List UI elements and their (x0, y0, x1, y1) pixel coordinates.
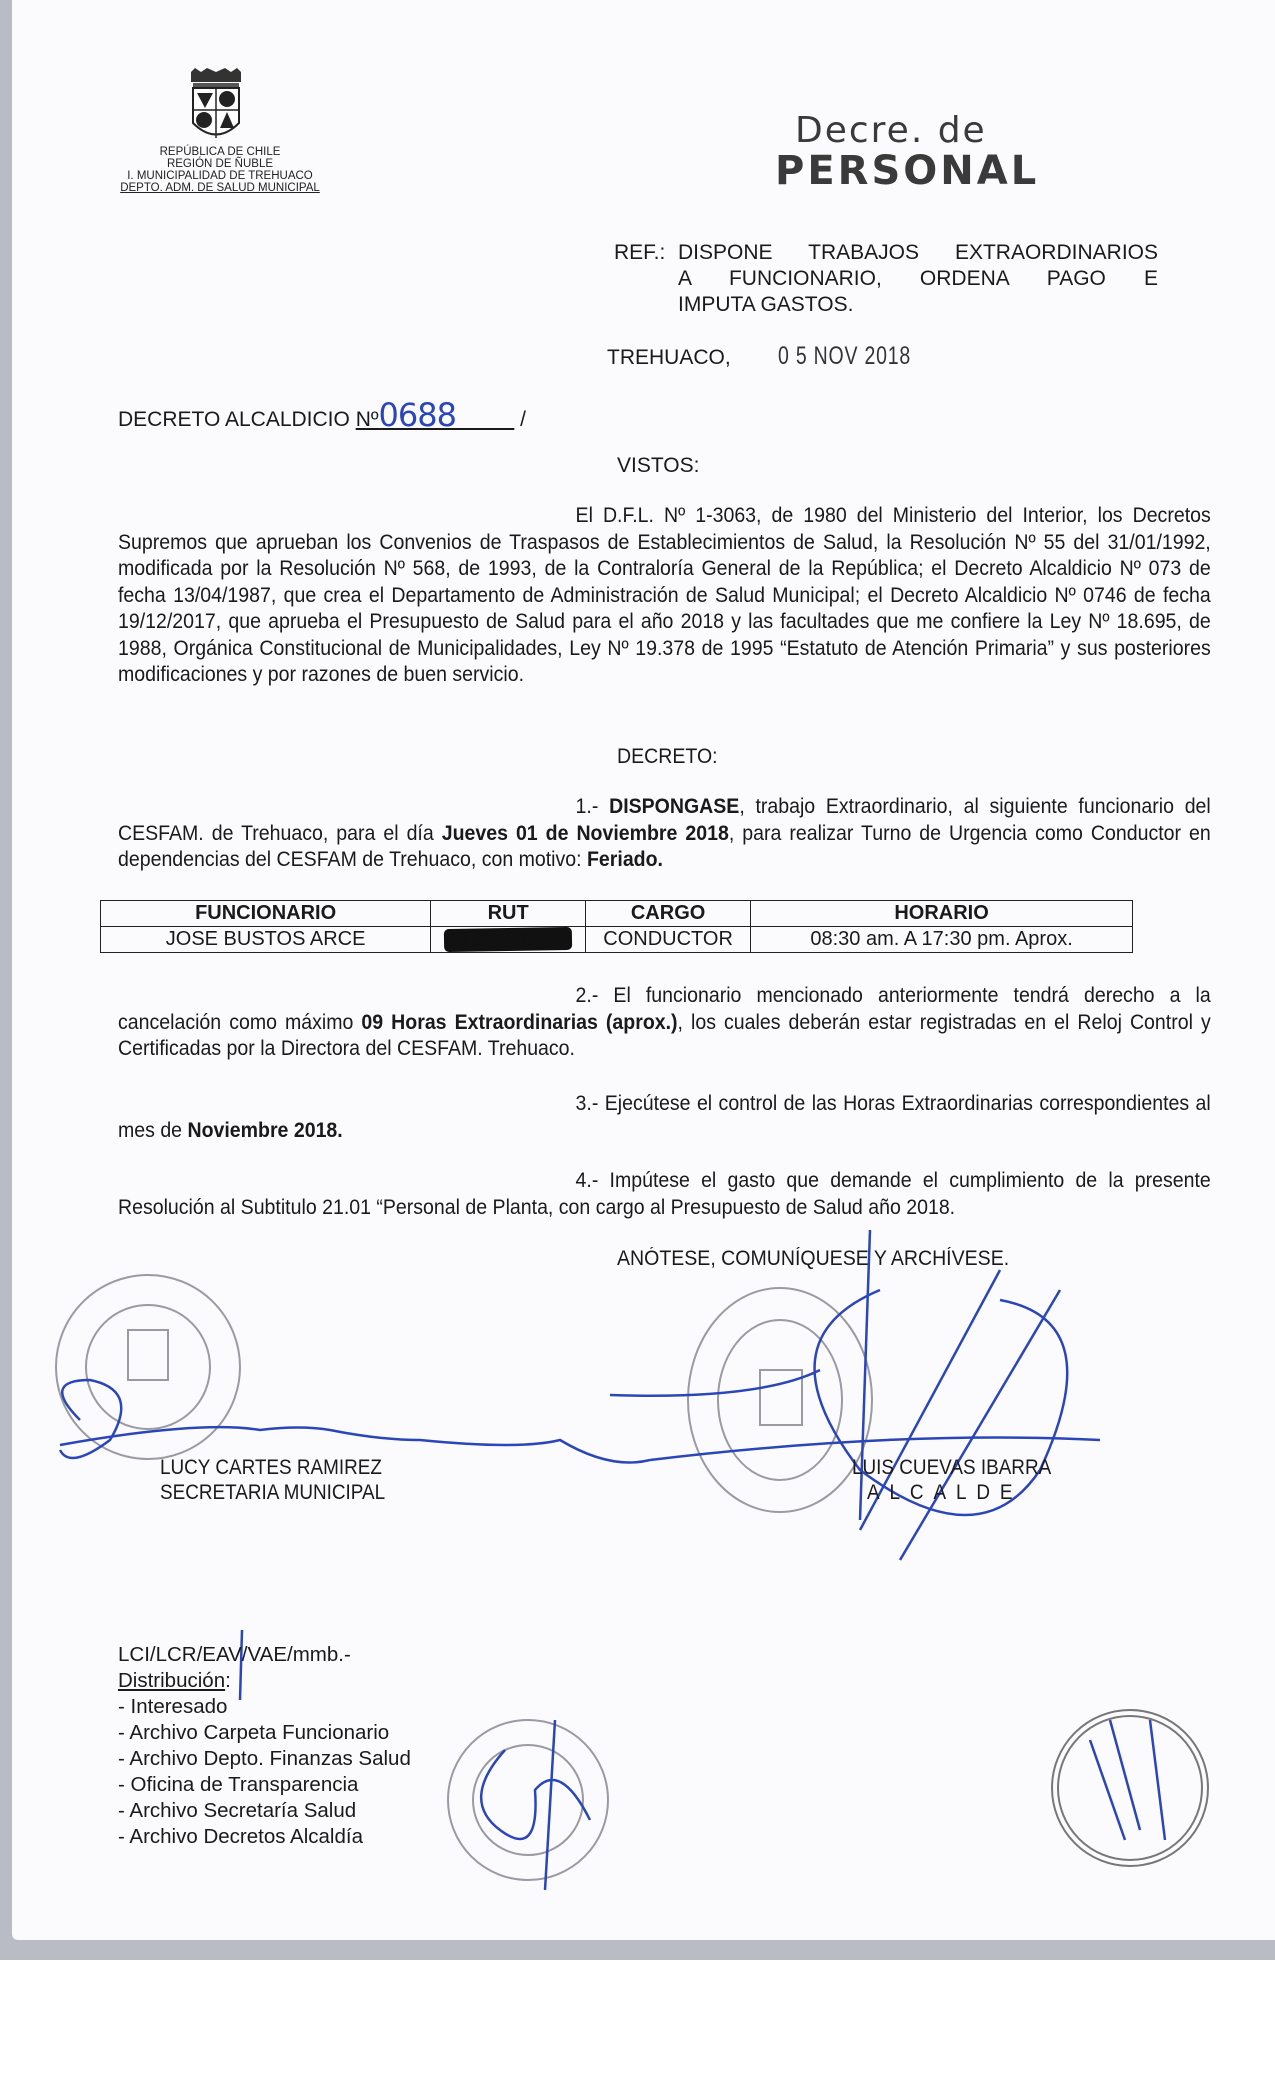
decree-label: DECRETO ALCALDICIO (118, 408, 350, 431)
mayor-name: LUIS CUEVAS IBARRA (852, 1456, 1051, 1480)
distribution-item: - Archivo Decretos Alcaldía (118, 1824, 411, 1850)
table-row: JOSE BUSTOS ARCE 11.772.490-5 CONDUCTOR … (101, 927, 1133, 953)
institution-line: I. MUNICIPALIDAD DE TREHUACO (100, 170, 340, 182)
distribution-heading: Distribución: (118, 1668, 411, 1694)
decree-item-4: 4.- Impútese el gasto que demande el cum… (118, 1168, 1211, 1221)
column-header: RUT (431, 901, 586, 927)
personnel-stamp-line1: Decre. de (795, 110, 987, 151)
mayor-title: ALCALDE (867, 1481, 1022, 1505)
institution-line: REGIÓN DE ÑUBLE (100, 158, 340, 170)
column-header: CARGO (586, 901, 751, 927)
decree-number: DECRETO ALCALDICIO Nº0688 / (118, 396, 526, 434)
vistos-paragraph: El D.F.L. Nº 1-3063, de 1980 del Ministe… (118, 503, 1211, 689)
municipal-coat-of-arms-icon (185, 68, 247, 146)
personnel-stamp-line2: PERSONAL (775, 148, 1039, 194)
cell-rut: 11.772.490-5 (431, 927, 586, 953)
date-stamp: 0 5 NOV 2018 (778, 342, 911, 371)
distribution-item: - Archivo Carpeta Funcionario (118, 1720, 411, 1746)
initials: LCI/LCR/EAV/VAE/mmb.- (118, 1642, 411, 1668)
place: TREHUACO, (607, 346, 731, 370)
reference-line: IMPUTA GASTOS. (678, 292, 1158, 318)
decree-item-1: 1.- DISPONGASE, trabajo Extraordinario, … (118, 794, 1211, 874)
table-header-row: FUNCIONARIO RUT CARGO HORARIO (101, 901, 1133, 927)
distribution-item: - Oficina de Transparencia (118, 1772, 411, 1798)
distribution-item: - Archivo Secretaría Salud (118, 1798, 411, 1824)
closing-formula: ANÓTESE, COMUNÍQUESE Y ARCHÍVESE. (617, 1247, 1009, 1271)
institution-header: REPÚBLICA DE CHILE REGIÓN DE ÑUBLE I. MU… (100, 146, 340, 194)
column-header: FUNCIONARIO (101, 901, 431, 927)
cell-horario: 08:30 am. A 17:30 pm. Aprox. (751, 927, 1133, 953)
staff-table: FUNCIONARIO RUT CARGO HORARIO JOSE BUSTO… (100, 900, 1133, 953)
reference-line: DISPONE TRABAJOS EXTRAORDINARIOS (678, 240, 1158, 266)
reference-label: REF.: (614, 240, 665, 266)
distribution-item: - Archivo Depto. Finanzas Salud (118, 1746, 411, 1772)
reference-line: A FUNCIONARIO, ORDENA PAGO E (678, 266, 1158, 292)
secretary-name: LUCY CARTES RAMIREZ (160, 1456, 382, 1480)
vistos-heading: VISTOS: (617, 454, 699, 478)
distribution-block: LCI/LCR/EAV/VAE/mmb.- Distribución: - In… (118, 1642, 411, 1850)
cell-funcionario: JOSE BUSTOS ARCE (101, 927, 431, 953)
decree-number-field: Nº0688 (356, 408, 515, 431)
decree-item-2: 2.- El funcionario mencionado anteriorme… (118, 983, 1211, 1063)
cell-cargo: CONDUCTOR (586, 927, 751, 953)
distribution-item: - Interesado (118, 1694, 411, 1720)
redacted-rut: 11.772.490-5 (444, 927, 573, 952)
institution-line: DEPTO. ADM. DE SALUD MUNICIPAL (100, 182, 340, 194)
decree-item-3: 3.- Ejecútese el control de las Horas Ex… (118, 1090, 1211, 1144)
column-header: HORARIO (751, 901, 1133, 927)
institution-line: REPÚBLICA DE CHILE (100, 146, 340, 158)
decreto-heading: DECRETO: (617, 745, 718, 769)
secretary-title: SECRETARIA MUNICIPAL (160, 1481, 385, 1505)
handwritten-number: 0688 (379, 396, 456, 434)
